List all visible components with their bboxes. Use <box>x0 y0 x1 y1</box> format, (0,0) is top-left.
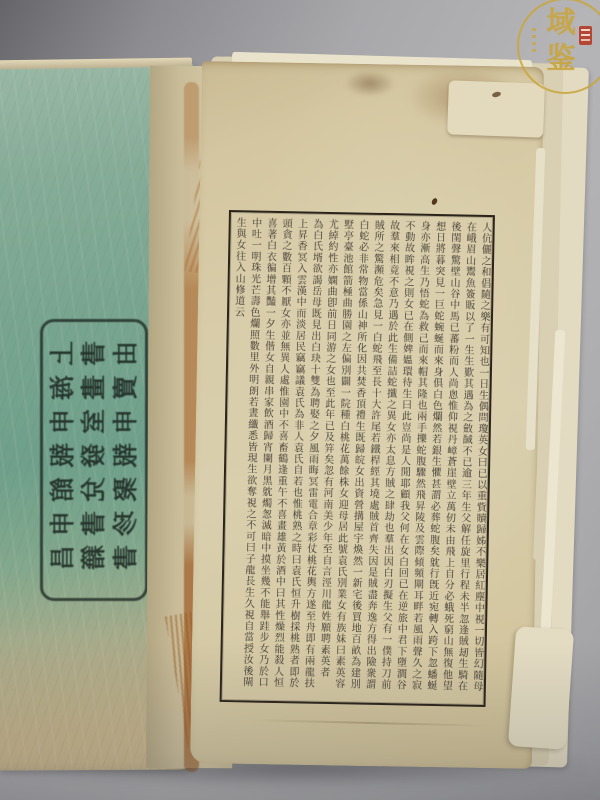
text-frame: 人伉儷之和倡隨之樂有可知也一日生偶問瓊英女曰已以重貲贖歸姊不樂居紅塵中視一切皆幻… <box>220 210 495 707</box>
stamp-line: 由賣申報聚珍書 <box>113 341 138 579</box>
watermark-logo: 域 鉴 <box>517 0 600 94</box>
bottom-right-corner-flap <box>508 626 574 750</box>
stamp-border: 上海申報館申昌書畫室發兌書籍由賣申報聚珍書 <box>40 319 148 601</box>
watermark-seal <box>579 26 592 45</box>
bookseller-stamp: 上海申報館申昌書畫室發兌書籍由賣申報聚珍書 <box>33 313 155 607</box>
watermark-char-top: 域 <box>541 8 581 37</box>
stamp-line: 書畫室發兌書籍 <box>81 341 106 579</box>
text-columns: 人伉儷之和倡隨之樂有可知也一日生偶問瓊英女曰已以重貲贖歸姊不樂居紅塵中視一切皆幻… <box>222 212 493 705</box>
stamp-line: 上海申報館申昌 <box>50 341 75 579</box>
photo-antique-book: 上海申報館申昌書畫室發兌書籍由賣申報聚珍書 人伉儷之和倡隨之樂有可知也一日生偶問… <box>0 0 600 800</box>
watermark-small-text <box>532 28 536 56</box>
watermark-char-bottom: 鉴 <box>541 44 581 73</box>
